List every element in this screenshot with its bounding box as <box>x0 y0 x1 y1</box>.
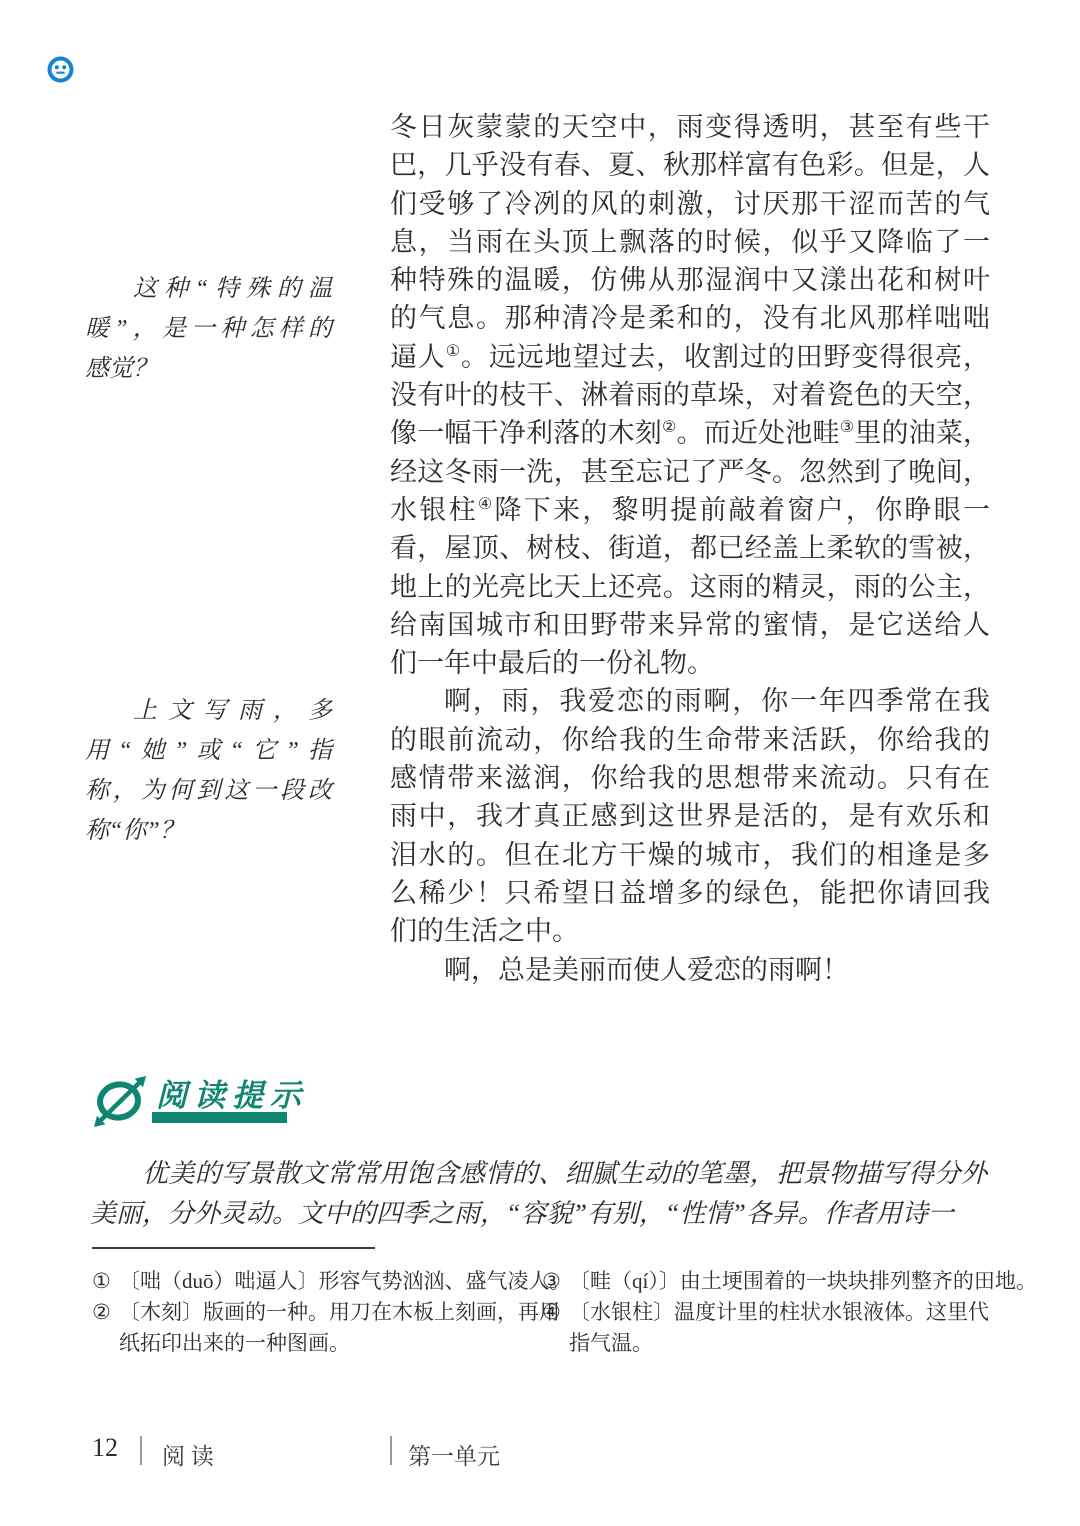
footnote-ref: ③ <box>840 419 855 436</box>
text-line: 用“她”或“它”指 <box>85 731 332 771</box>
footnote-ref: ④ <box>478 496 495 513</box>
footer-unit-label: 第一单元 <box>408 1438 500 1471</box>
text-line: 像一幅干净利落的木刻②。而近处池畦③里的油菜， <box>390 414 990 452</box>
text-line: 地上的光亮比天上还亮。这雨的精灵，雨的公主， <box>390 568 990 606</box>
text-line: 美丽，分外灵动。文中的四季之雨，“容貌”有别，“性情”各异。作者用诗一 <box>90 1194 987 1234</box>
footnote: ③〔畦（qí）〕由土埂围着的一块块排列整齐的田地。 <box>542 1266 992 1297</box>
text-line: 这种“特殊的温 <box>85 269 332 309</box>
text-line: 感觉？ <box>85 349 332 389</box>
text-line: 逼人①。远远地望过去，收割过的田野变得很亮， <box>390 338 990 376</box>
footer-divider <box>140 1436 142 1465</box>
text-line: 上文写雨，多 <box>85 691 332 731</box>
text-line: 称“你”？ <box>85 811 332 851</box>
reading-hint-paragraph: 优美的写景散文常常用饱含感情的、细腻生动的笔墨，把景物描写得分外美丽，分外灵动。… <box>90 1154 987 1234</box>
text-line: 冬日灰蒙蒙的天空中，雨变得透明，甚至有些干 <box>390 108 990 146</box>
paragraph: 啊，雨，我爱恋的雨啊，你一年四季常在我的眼前流动，你给我的生命带来活跃，你给我的… <box>390 682 990 950</box>
footnote-marker: ④ <box>542 1297 561 1328</box>
text-line: 啊，总是美丽而使人爱恋的雨啊！ <box>390 951 990 989</box>
margin-question-1: 这种“特殊的温暖”，是一种怎样的感觉？ <box>85 269 332 389</box>
footnote-marker: ② <box>92 1297 111 1328</box>
footnote-ref: ② <box>662 419 677 436</box>
footnote-separator <box>92 1247 375 1249</box>
neutral-face-icon-svg <box>47 56 74 83</box>
footer-section-label: 阅 读 <box>162 1438 214 1471</box>
text-line: 经这冬雨一洗，甚至忘记了严冬。忽然到了晚间， <box>390 453 990 491</box>
footnote-line: 〔畦（qí）〕由土埂围着的一块块排列整齐的田地。 <box>569 1266 992 1297</box>
text-line: 给南国城市和田野带来异常的蜜情，是它送给人 <box>390 606 990 644</box>
text-line: 看，屋顶、树枝、街道，都已经盖上柔软的雪被， <box>390 529 990 567</box>
footer-divider <box>390 1436 392 1465</box>
page-number: 12 <box>92 1433 118 1463</box>
text-line: 水银柱④降下来，黎明提前敲着窗户，你睁眼一 <box>390 491 990 529</box>
footnote-ref: ① <box>446 343 461 360</box>
text-line: 们一年中最后的一份礼物。 <box>390 644 990 682</box>
footnotes-right-column: ③〔畦（qí）〕由土埂围着的一块块排列整齐的田地。④〔水银柱〕温度计里的柱状水银… <box>542 1266 992 1359</box>
text-line: 暖”，是一种怎样的 <box>85 309 332 349</box>
text-line: 们的生活之中。 <box>390 912 990 950</box>
footnote-line: 指气温。 <box>569 1328 992 1359</box>
footnote-marker: ③ <box>542 1266 561 1297</box>
text-line: 种特殊的温暖，仿佛从那湿润中又漾出花和树叶 <box>390 261 990 299</box>
text-line: 没有叶的枝干、淋着雨的草垛，对着瓷色的天空， <box>390 376 990 414</box>
cycle-arrows-icon <box>88 1068 152 1132</box>
margin-question-2: 上文写雨，多用“她”或“它”指称，为何到这一段改称“你”？ <box>85 691 332 851</box>
footnotes-left-column: ①〔咄（duō）咄逼人〕形容气势汹汹、盛气凌人。②〔木刻〕版画的一种。用刀在木板… <box>92 1266 547 1359</box>
text-line: 的眼前流动，你给我的生命带来活跃，你给我的 <box>390 721 990 759</box>
annotation-face-icon[interactable] <box>47 56 74 83</box>
text-line: 息，当雨在头顶上飘落的时候，似乎又降临了一 <box>390 223 990 261</box>
text-line: 感情带来滋润，你给我的思想带来流动。只有在 <box>390 759 990 797</box>
footnote-marker: ① <box>92 1266 111 1297</box>
text-line: 的气息。那种清冷是柔和的，没有北风那样咄咄 <box>390 299 990 337</box>
section-title: 阅读提示 <box>156 1070 308 1115</box>
text-line: 啊，雨，我爱恋的雨啊，你一年四季常在我 <box>390 682 990 720</box>
footnote-line: 纸拓印出来的一种图画。 <box>119 1328 547 1359</box>
text-line: 优美的写景散文常常用饱含感情的、细腻生动的笔墨，把景物描写得分外 <box>90 1154 987 1194</box>
main-text-column: 冬日灰蒙蒙的天空中，雨变得透明，甚至有些干巴，几乎没有春、夏、秋那样富有色彩。但… <box>390 108 990 989</box>
footnote-line: 〔木刻〕版画的一种。用刀在木板上刻画，再用 <box>119 1297 547 1328</box>
footnote: ④〔水银柱〕温度计里的柱状水银液体。这里代指气温。 <box>542 1297 992 1359</box>
text-line: 么稀少！只希望日益增多的绿色，能把你请回我 <box>390 874 990 912</box>
footnote-line: 〔水银柱〕温度计里的柱状水银液体。这里代 <box>569 1297 992 1328</box>
footnote: ①〔咄（duō）咄逼人〕形容气势汹汹、盛气凌人。 <box>92 1266 547 1297</box>
textbook-page: { "colors": { "accent_green": "#0e8570",… <box>0 0 1080 1526</box>
footnote-line: 〔咄（duō）咄逼人〕形容气势汹汹、盛气凌人。 <box>119 1266 547 1297</box>
paragraph: 啊，总是美丽而使人爱恋的雨啊！ <box>390 951 990 989</box>
footnote: ②〔木刻〕版画的一种。用刀在木板上刻画，再用纸拓印出来的一种图画。 <box>92 1297 547 1359</box>
text-line: 雨中，我才真正感到这世界是活的，是有欢乐和 <box>390 797 990 835</box>
text-line: 泪水的。但在北方干燥的城市，我们的相逢是多 <box>390 836 990 874</box>
text-line: 巴，几乎没有春、夏、秋那样富有色彩。但是，人 <box>390 146 990 184</box>
text-line: 们受够了冷冽的风的刺激，讨厌那干涩而苦的气 <box>390 185 990 223</box>
section-title-underline <box>152 1112 287 1123</box>
text-line: 称，为何到这一段改 <box>85 771 332 811</box>
paragraph: 冬日灰蒙蒙的天空中，雨变得透明，甚至有些干巴，几乎没有春、夏、秋那样富有色彩。但… <box>390 108 990 682</box>
